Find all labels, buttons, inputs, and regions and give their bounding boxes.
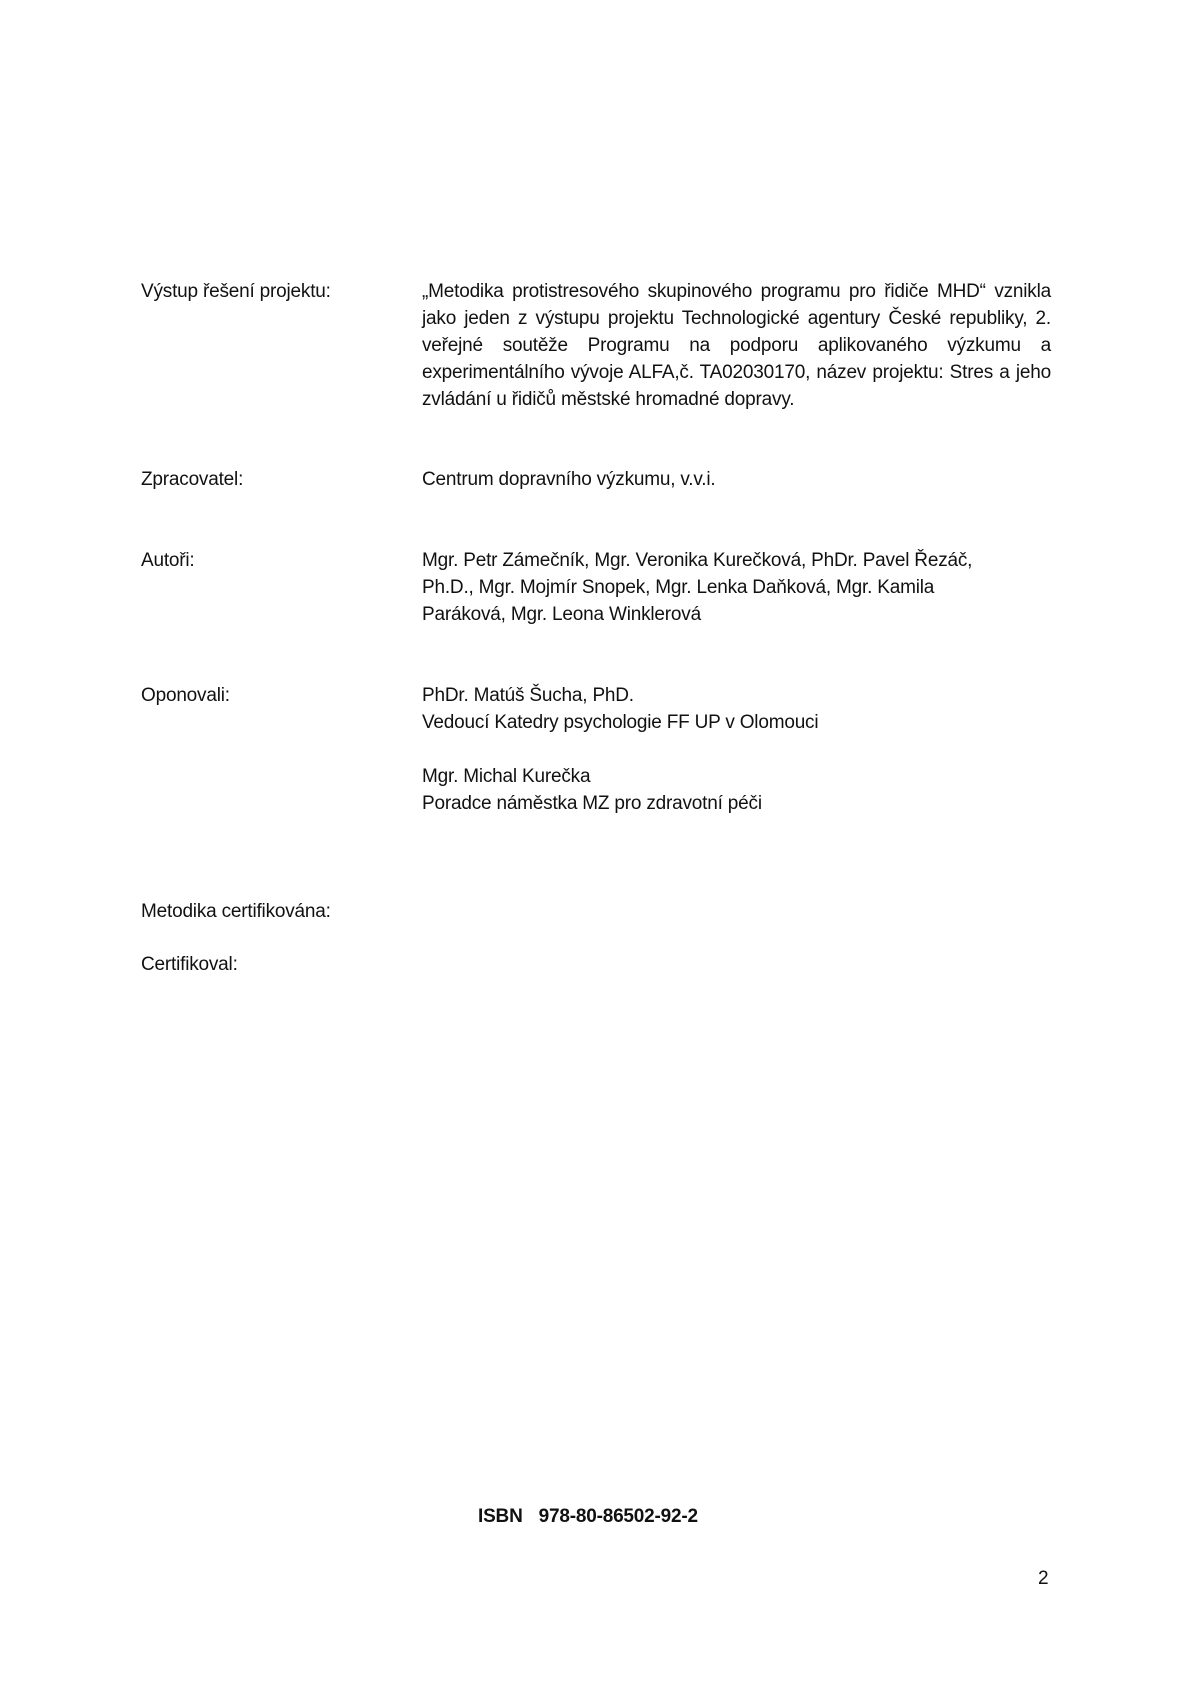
field-label: Autoři: bbox=[141, 547, 195, 574]
reviewer-role: Vedoucí Katedry psychologie FF UP v Olom… bbox=[422, 709, 1051, 736]
reviewer-name: Mgr. Michal Kurečka bbox=[422, 763, 1051, 790]
isbn-label: ISBN bbox=[478, 1506, 523, 1527]
field-label: Certifikoval: bbox=[141, 951, 238, 978]
field-label: Zpracovatel: bbox=[141, 466, 243, 493]
reviewer-role: Poradce náměstka MZ pro zdravotní péči bbox=[422, 790, 1051, 817]
field-label: Výstup řešení projektu: bbox=[141, 278, 331, 305]
reviewer-list: PhDr. Matúš Šucha, PhD. Vedoucí Katedry … bbox=[422, 682, 1051, 817]
reviewer-name: PhDr. Matúš Šucha, PhD. bbox=[422, 682, 1051, 709]
field-label: Oponovali: bbox=[141, 682, 230, 709]
isbn: ISBN978-80-86502-92-2 bbox=[478, 1506, 698, 1528]
field-label: Metodika certifikována: bbox=[141, 898, 331, 925]
field-value: Mgr. Petr Zámečník, Mgr. Veronika Kurečk… bbox=[422, 547, 1022, 628]
page-number: 2 bbox=[1038, 1568, 1049, 1590]
field-value: „Metodika protistresového skupinového pr… bbox=[422, 278, 1051, 413]
isbn-code: 978-80-86502-92-2 bbox=[539, 1506, 698, 1527]
field-value: Centrum dopravního výzkumu, v.v.i. bbox=[422, 466, 1051, 493]
